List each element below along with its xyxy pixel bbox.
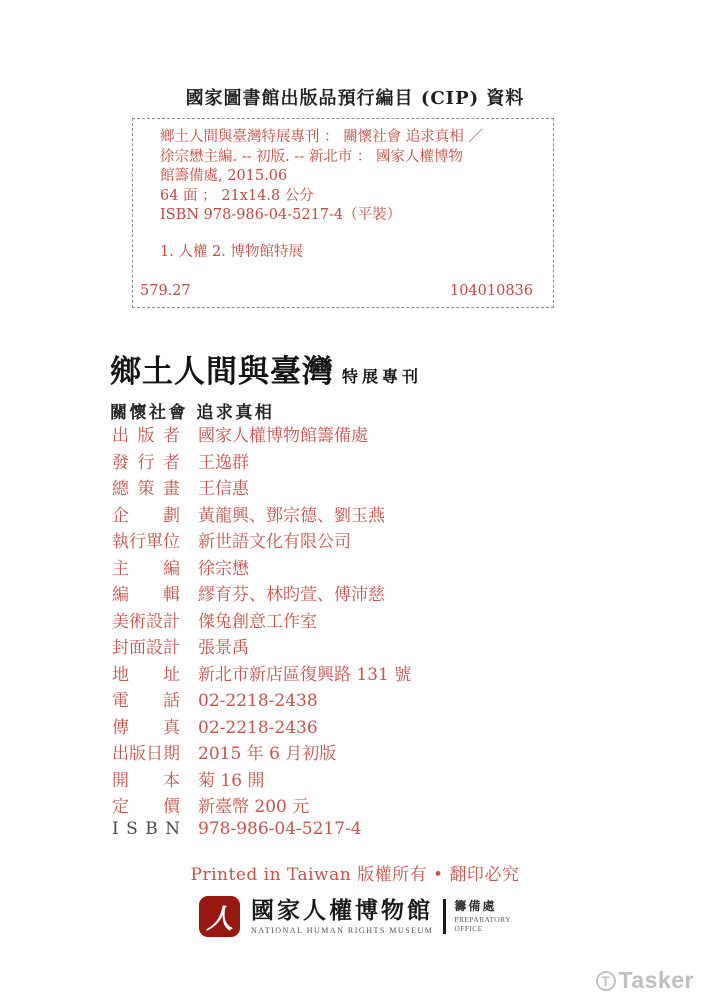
title-block: 鄉土人間與臺灣特展專刊 關懷社會 追求真相 [110,346,422,423]
info-row-isbn: I S B N 978-986-04-5217-4 [112,819,411,837]
info-row-art-design: 美術設計 傑兔創意工作室 [112,607,411,625]
tasker-logo-icon: T [596,971,616,991]
info-label: 執行單位 [112,527,180,552]
info-label: 編輯 [112,580,180,605]
info-value: 王逸群 [198,448,249,473]
info-value: 978-986-04-5217-4 [198,819,362,839]
info-value: 2015 年 6 月初版 [198,739,336,764]
book-title: 鄉土人間與臺灣 [110,354,334,390]
info-value: 02-2218-2438 [198,691,318,711]
info-label: 總策畫 [112,474,180,499]
preparatory-office-en: PREPARATORY OFFICE [454,916,511,933]
info-value: 徐宗懋 [198,554,249,579]
colophon-page: 國家圖書館出版品預行編目 (CIP) 資料 鄉土人間與臺灣特展專刊 ： 關懷社會… [0,0,710,1000]
cip-record-number: 104010836 [450,282,533,302]
info-row-cover-design: 封面設計 張景禹 [112,633,411,651]
cip-subjects: 1. 人權 2. 博物館特展 [160,243,533,263]
cip-classification-number: 579.27 [140,282,191,302]
museum-logo-mark-icon: 人 [199,896,240,937]
info-label: 定價 [112,792,180,817]
museum-name-en: NATIONAL HUMAN RIGHTS MUSEUM [251,926,433,935]
book-title-row: 鄉土人間與臺灣特展專刊 [110,346,422,391]
museum-logo-name: 國家人權博物館 NATIONAL HUMAN RIGHTS MUSEUM [251,899,433,935]
info-label: 出版者 [112,421,180,446]
info-value: 新北市新店區復興路 131 號 [198,660,411,685]
cip-line-4: 64 面 ； 21x14.8 公分 [160,187,533,207]
info-label: 傳真 [112,713,180,738]
info-label: 出版日期 [112,739,180,764]
cip-line-3: 館籌備處, 2015.06 [160,167,533,187]
info-value: 新世語文化有限公司 [198,527,351,552]
tasker-watermark: T Tasker [596,967,694,994]
preparatory-office-zh: 籌備處 [454,900,511,913]
info-value: 菊 16 開 [198,766,264,791]
info-row-chief-editor: 主編 徐宗懋 [112,554,411,572]
info-row-fax: 傳真 02-2218-2436 [112,713,411,731]
info-row-price: 定價 新臺幣 200 元 [112,792,411,810]
cip-bottom-row: 579.27 104010836 [140,282,533,302]
info-value: 張景禹 [198,633,249,658]
info-label: 美術設計 [112,607,180,632]
book-subtitle: 關懷社會 追求真相 [110,398,422,423]
info-label: 開本 [112,766,180,791]
info-value: 繆育芬、林昀萱、傅沛慈 [198,580,385,605]
book-edition-label: 特展專刊 [342,367,422,386]
info-label: 企劃 [112,501,180,526]
preparatory-office-en-line2: OFFICE [454,925,511,934]
museum-logo-unit: 籌備處 PREPARATORY OFFICE [454,900,511,933]
info-label: 電話 [112,686,180,711]
cip-line-isbn: ISBN 978-986-04-5217-4（平裝） [160,206,533,226]
info-label: 地址 [112,660,180,685]
museum-name-zh: 國家人權博物館 [251,899,433,923]
cip-box: 鄉土人間與臺灣特展專刊 ： 關懷社會 追求真相 ／ 徐宗懋主編. -- 初版. … [132,118,554,308]
info-label: 發行者 [112,448,180,473]
cip-line-2: 徐宗懋主編. -- 初版. -- 新北市 ： 國家人權博物 [160,148,533,168]
cip-header-title: 國家圖書館出版品預行編目 (CIP) 資料 [0,84,710,110]
tasker-watermark-label: Tasker [619,967,694,994]
info-row-executive-unit: 執行單位 新世語文化有限公司 [112,527,411,545]
info-value: 傑兔創意工作室 [198,607,317,632]
info-row-editors: 編輯 繆育芬、林昀萱、傅沛慈 [112,580,411,598]
logo-divider [443,899,446,934]
info-label: I S B N [112,819,180,839]
info-row-format: 開本 菊 16 開 [112,766,411,784]
info-row-phone: 電話 02-2218-2438 [112,686,411,704]
copyright-print-line: Printed in Taiwan 版權所有 • 翻印必究 [0,860,710,885]
cip-line-1: 鄉土人間與臺灣特展專刊 ： 關懷社會 追求真相 ／ [160,128,533,148]
info-value: 02-2218-2436 [198,718,318,738]
museum-logo: 人 國家人權博物館 NATIONAL HUMAN RIGHTS MUSEUM 籌… [0,896,710,937]
info-label: 封面設計 [112,633,180,658]
publication-info-list: 出版者 國家人權博物館籌備處 發行者 王逸群 總策畫 王信惠 企劃 黃龍興、鄧宗… [112,421,411,836]
info-row-issuer: 發行者 王逸群 [112,448,411,466]
info-row-chief-planner: 總策畫 王信惠 [112,474,411,492]
info-row-address: 地址 新北市新店區復興路 131 號 [112,660,411,678]
info-value: 王信惠 [198,474,249,499]
info-value: 新臺幣 200 元 [198,792,309,817]
info-row-publish-date: 出版日期 2015 年 6 月初版 [112,739,411,757]
info-row-publisher: 出版者 國家人權博物館籌備處 [112,421,411,439]
info-value: 國家人權博物館籌備處 [198,421,368,446]
info-label: 主編 [112,554,180,579]
info-value: 黃龍興、鄧宗德、劉玉燕 [198,501,385,526]
info-row-planning: 企劃 黃龍興、鄧宗德、劉玉燕 [112,501,411,519]
